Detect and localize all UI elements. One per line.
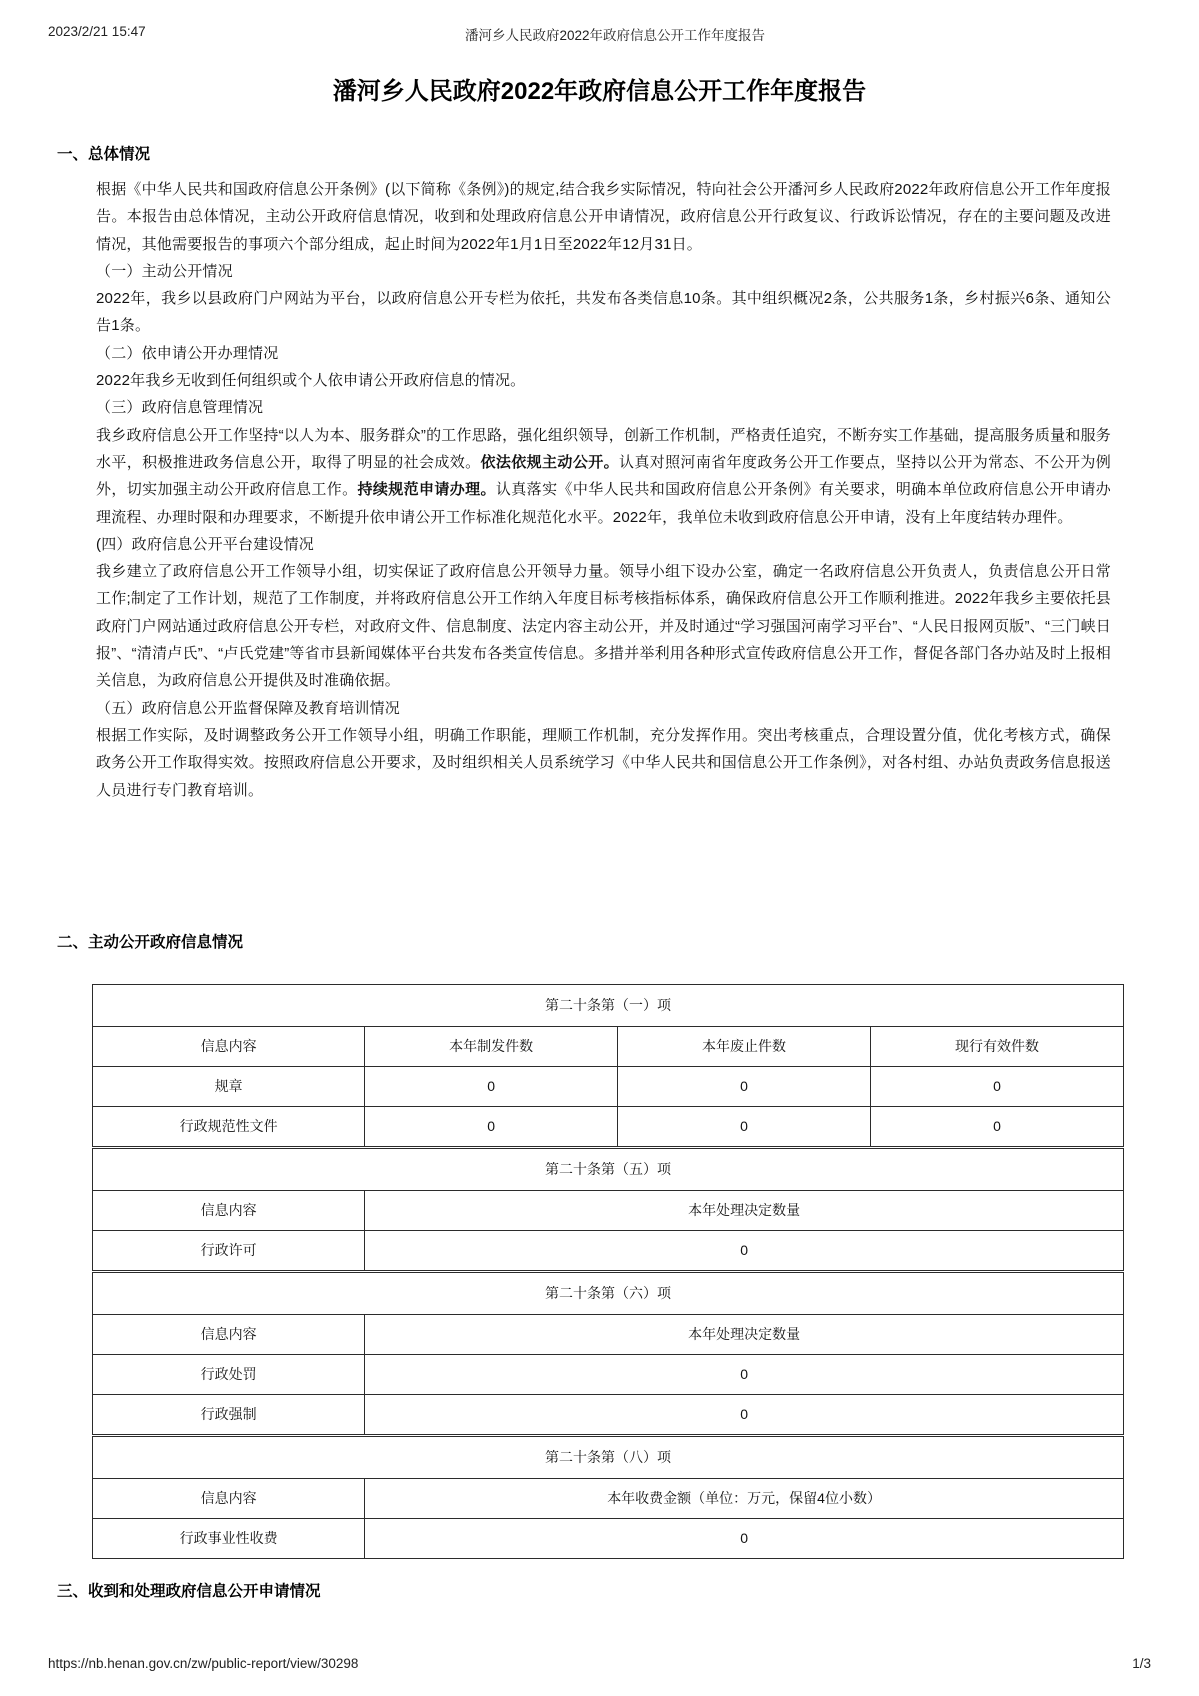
table-cell: 本年废止件数 — [618, 1026, 871, 1066]
table-cell: 0 — [365, 1394, 1124, 1435]
disclosure-table: 第二十条第（一）项信息内容本年制发件数本年废止件数现行有效件数规章000行政规范… — [92, 984, 1124, 1559]
text-run: 我乡建立了政府信息公开工作领导小组，切实保证了政府信息公开领导力量。领导小组下设… — [96, 563, 1111, 689]
table-row: 信息内容本年制发件数本年废止件数现行有效件数 — [93, 1026, 1124, 1066]
print-header: 2023/2/21 15:47 潘河乡人民政府2022年政府信息公开工作年度报告 — [0, 24, 1199, 44]
disclosure-table-body: 第二十条第（一）项信息内容本年制发件数本年废止件数现行有效件数规章000行政规范… — [93, 984, 1124, 1558]
table-cell: 0 — [365, 1066, 618, 1106]
paragraph: 2022年我乡无收到任何组织或个人依申请公开政府信息的情况。 — [96, 367, 1111, 394]
table-cell: 本年处理决定数量 — [365, 1314, 1124, 1354]
table-cell: 0 — [871, 1066, 1124, 1106]
text-run: 2022年，我乡以县政府门户网站为平台，以政府信息公开专栏为依托，共发布各类信息… — [96, 290, 1111, 334]
table-row: 信息内容本年收费金额（单位：万元，保留4位小数） — [93, 1478, 1124, 1518]
table-band-row: 第二十条第（六）项 — [93, 1271, 1124, 1314]
print-header-title: 潘河乡人民政府2022年政府信息公开工作年度报告 — [465, 24, 765, 44]
table-cell: 行政处罚 — [93, 1354, 365, 1394]
text-run: （五）政府信息公开监督保障及教育培训情况 — [96, 700, 400, 717]
table-cell: 行政强制 — [93, 1394, 365, 1435]
page-number: 1/3 — [1132, 1656, 1151, 1671]
table-cell: 0 — [618, 1066, 871, 1106]
table-cell: 行政许可 — [93, 1230, 365, 1271]
table-cell: 本年制发件数 — [365, 1026, 618, 1066]
table-row: 信息内容本年处理决定数量 — [93, 1314, 1124, 1354]
paragraph: 2022年，我乡以县政府门户网站为平台，以政府信息公开专栏为依托，共发布各类信息… — [96, 285, 1111, 340]
print-timestamp: 2023/2/21 15:47 — [48, 24, 146, 39]
table-cell: 现行有效件数 — [871, 1026, 1124, 1066]
table-cell: 0 — [365, 1518, 1124, 1558]
table-cell: 0 — [871, 1106, 1124, 1147]
table-cell: 第二十条第（五）项 — [93, 1147, 1124, 1190]
text-run: 根据《中华人民共和国政府信息公开条例》(以下简称《条例》)的规定,结合我乡实际情… — [96, 181, 1111, 253]
table-band-row: 第二十条第（八）项 — [93, 1435, 1124, 1478]
table-cell: 规章 — [93, 1066, 365, 1106]
page-title: 潘河乡人民政府2022年政府信息公开工作年度报告 — [0, 0, 1199, 108]
table-row: 行政事业性收费0 — [93, 1518, 1124, 1558]
paragraph: 根据《中华人民共和国政府信息公开条例》(以下简称《条例》)的规定,结合我乡实际情… — [96, 176, 1111, 258]
table-band-row: 第二十条第（一）项 — [93, 984, 1124, 1026]
print-footer: https://nb.henan.gov.cn/zw/public-report… — [0, 1656, 1199, 1674]
table-row: 规章000 — [93, 1066, 1124, 1106]
paragraph: (四）政府信息公开平台建设情况 — [96, 531, 1111, 558]
text-run: （一）主动公开情况 — [96, 263, 233, 280]
text-run: (四）政府信息公开平台建设情况 — [96, 536, 314, 553]
paragraph: 根据工作实际，及时调整政务公开工作领导小组，明确工作职能，理顺工作机制，充分发挥… — [96, 722, 1111, 804]
paragraph: （二）依申请公开办理情况 — [96, 340, 1111, 367]
table-cell: 本年处理决定数量 — [365, 1190, 1124, 1230]
table-row: 行政规范性文件000 — [93, 1106, 1124, 1147]
table-cell: 0 — [618, 1106, 871, 1147]
section-heading-proactive-disclosure: 二、主动公开政府信息情况 — [57, 932, 1199, 954]
emphasis-text: 持续规范申请办理。 — [357, 481, 495, 498]
table-cell: 0 — [365, 1106, 618, 1147]
text-run: 2022年我乡无收到任何组织或个人依申请公开政府信息的情况。 — [96, 372, 525, 389]
overview-paragraphs: 根据《中华人民共和国政府信息公开条例》(以下简称《条例》)的规定,结合我乡实际情… — [96, 176, 1111, 804]
table-row: 信息内容本年处理决定数量 — [93, 1190, 1124, 1230]
table-row: 行政处罚0 — [93, 1354, 1124, 1394]
text-run: （三）政府信息管理情况 — [96, 399, 263, 416]
table-cell: 第二十条第（一）项 — [93, 984, 1124, 1026]
text-run: （二）依申请公开办理情况 — [96, 345, 278, 362]
table-cell: 0 — [365, 1230, 1124, 1271]
table-cell: 信息内容 — [93, 1478, 365, 1518]
paragraph: （三）政府信息管理情况 — [96, 394, 1111, 421]
paragraph: 我乡建立了政府信息公开工作领导小组，切实保证了政府信息公开领导力量。领导小组下设… — [96, 558, 1111, 694]
table-cell: 信息内容 — [93, 1314, 365, 1354]
table-cell: 第二十条第（八）项 — [93, 1435, 1124, 1478]
section-heading-overview: 一、总体情况 — [57, 144, 1199, 166]
section-heading-requests: 三、收到和处理政府信息公开申请情况 — [57, 1581, 1199, 1603]
table-cell: 信息内容 — [93, 1190, 365, 1230]
table-row: 行政许可0 — [93, 1230, 1124, 1271]
table-cell: 信息内容 — [93, 1026, 365, 1066]
paragraph: 我乡政府信息公开工作坚持“以人为本、服务群众”的工作思路，强化组织领导，创新工作… — [96, 422, 1111, 531]
source-url: https://nb.henan.gov.cn/zw/public-report… — [48, 1656, 358, 1671]
table-row: 行政强制0 — [93, 1394, 1124, 1435]
table-cell: 第二十条第（六）项 — [93, 1271, 1124, 1314]
paragraph: （一）主动公开情况 — [96, 258, 1111, 285]
table-cell: 0 — [365, 1354, 1124, 1394]
table-band-row: 第二十条第（五）项 — [93, 1147, 1124, 1190]
text-run: 根据工作实际，及时调整政务公开工作领导小组，明确工作职能，理顺工作机制，充分发挥… — [96, 727, 1111, 799]
paragraph: （五）政府信息公开监督保障及教育培训情况 — [96, 695, 1111, 722]
emphasis-text: 依法依规主动公开。 — [481, 454, 619, 471]
table-cell: 本年收费金额（单位：万元，保留4位小数） — [365, 1478, 1124, 1518]
table-cell: 行政规范性文件 — [93, 1106, 365, 1147]
table-cell: 行政事业性收费 — [93, 1518, 365, 1558]
